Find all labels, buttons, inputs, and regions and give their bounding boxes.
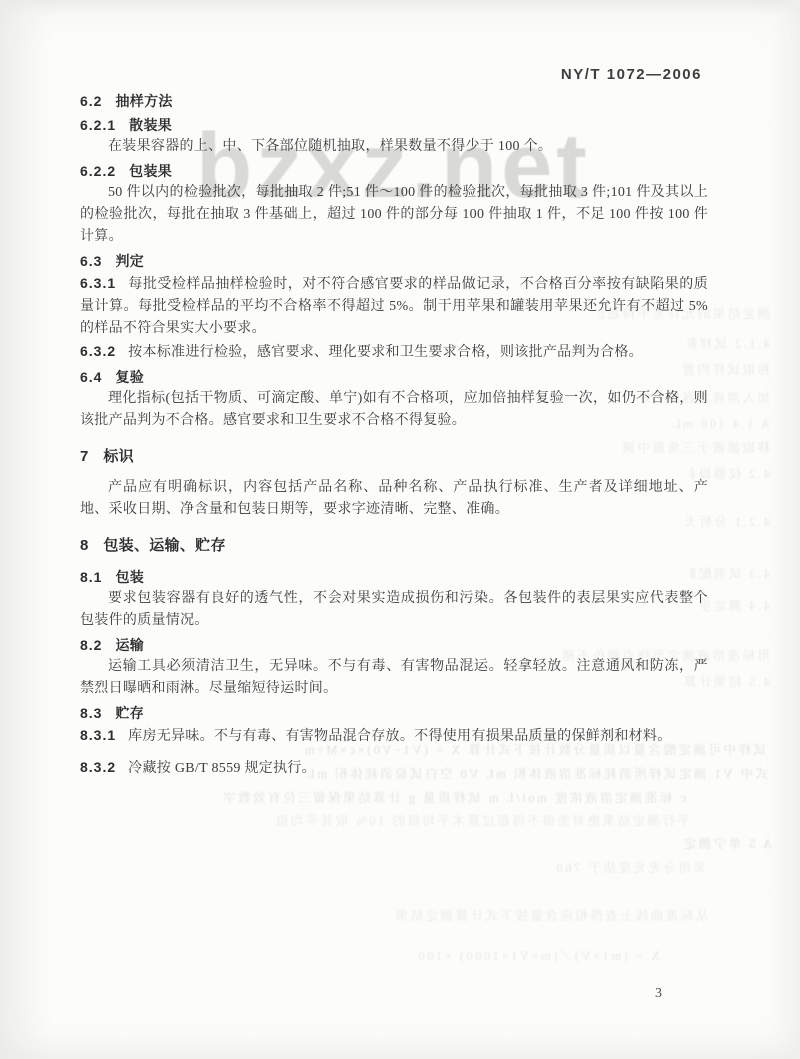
paragraph-text: 冷藏按 GB/T 8559 规定执行。 — [128, 761, 316, 776]
clause-number: 6.2 — [80, 93, 102, 109]
clause-number: 8.2 — [80, 637, 102, 653]
clause-number: 6.2.1 — [80, 117, 116, 133]
clause-heading-8-3: 8.3贮存 — [80, 702, 708, 724]
clause-number: 6.4 — [80, 369, 102, 385]
clause-title: 包装 — [115, 569, 144, 585]
clause-number: 8.3.1 — [80, 727, 116, 743]
clause-title: 复验 — [115, 369, 144, 385]
clause-title: 贮存 — [115, 705, 144, 721]
bleedthrough-text: A 5 单宁测定 — [86, 836, 772, 852]
paragraph: 理化指标(包括干物质、可滴定酸、单宁)如有不合格项，应加倍抽样复验一次，如仍不合… — [80, 388, 708, 432]
numbered-paragraph-6-3-2: 6.3.2按本标准进行检验，感官要求、理化要求和卫生要求合格，则该批产品判为合格… — [80, 340, 708, 364]
chapter-title: 标识 — [103, 448, 134, 465]
paragraph-text: 按本标准进行检验，感官要求、理化要求和卫生要求合格，则该批产品判为合格。 — [128, 345, 643, 360]
clause-heading-6-4: 6.4复验 — [80, 366, 708, 388]
clause-number: 6.3.2 — [80, 343, 116, 359]
standard-number: NY/T 1072—2006 — [561, 66, 702, 83]
chapter-title: 包装、运输、贮存 — [103, 537, 225, 554]
clause-number: 6.3.1 — [80, 275, 116, 291]
clause-title: 抽样方法 — [115, 93, 172, 109]
bleedthrough-text: c 标准滴定溶液浓度 mol/L m 试样质量 g 计算结果保留三位有效数字 — [86, 790, 686, 806]
bleedthrough-text: 4.4 测定步骤 — [698, 598, 770, 614]
paragraph-text: 每批受检样品抽样检验时，对不符合感官要求的样品做记录，不合格百分率按有缺陷果的质… — [80, 277, 708, 336]
clause-number: 6.2.2 — [80, 163, 116, 179]
clause-heading-6-2: 6.2抽样方法 — [80, 90, 708, 112]
paragraph: 要求包装容器有良好的透气性，不会对果实造成损伤和污染。各包装件的表层果实应代表整… — [80, 588, 708, 632]
clause-number: 6.3 — [80, 253, 102, 269]
chapter-heading-8: 8包装、运输、贮存 — [80, 535, 708, 557]
bleedthrough-text: 采用分光光度法于 760 nm 波长处测定其吸光度值 — [556, 860, 706, 876]
bleedthrough-text: X = (m1×V)／(m×V1×1000) ×100 — [200, 948, 660, 964]
clause-title: 运输 — [115, 637, 144, 653]
clause-heading-6-2-2: 6.2.2包装果 — [80, 160, 708, 182]
document-body: 6.2抽样方法 6.2.1散装果 在装果容器的上、中、下各部位随机抽取，样果数量… — [80, 88, 708, 780]
clause-title: 判定 — [115, 253, 144, 269]
numbered-paragraph-6-3-1: 6.3.1每批受检样品抽样检验时，对不符合感官要求的样品做记录，不合格百分率按有… — [80, 272, 708, 340]
bleedthrough-text: 平行测定结果绝对差值不得超过算术平均值的 10% 取其平均值 — [150, 813, 690, 829]
paragraph: 产品应有明确标识，内容包括产品名称、品种名称、产品执行标准、生产者及详细地址、产… — [80, 477, 708, 521]
paragraph: 50 件以内的检验批次，每批抽取 2 件;51 件～100 件的检验批次，每批抽… — [80, 182, 708, 248]
paragraph: 运输工具必须清洁卫生，无异味。不与有毒、有害物品混运。轻拿轻放。注意通风和防冻，… — [80, 656, 708, 700]
clause-title: 包装果 — [129, 163, 172, 179]
paragraph: 在装果容器的上、中、下各部位随机抽取，样果数量不得少于 100 个。 — [80, 136, 708, 158]
clause-number: 8.3.2 — [80, 759, 116, 775]
page-number: 3 — [655, 986, 662, 1002]
clause-heading-8-2: 8.2运输 — [80, 634, 708, 656]
numbered-paragraph-8-3-2: 8.3.2冷藏按 GB/T 8559 规定执行。 — [80, 756, 708, 780]
chapter-heading-7: 7标识 — [80, 446, 708, 468]
scanned-document-page: NY/T 1072—2006 bzxz.net 测定结果的允许差不得超过 4.1… — [0, 0, 800, 1059]
bleedthrough-text: 从标准曲线上查得相应含量按下式计算测定结果 — [72, 908, 708, 924]
clause-heading-6-3: 6.3判定 — [80, 250, 708, 272]
clause-heading-6-2-1: 6.2.1散装果 — [80, 114, 708, 136]
clause-number: 8.1 — [80, 569, 102, 585]
chapter-number: 7 — [80, 448, 89, 465]
numbered-paragraph-8-3-1: 8.3.1库房无异味。不与有毒、有害物品混合存放。不得使用有损果品质量的保鲜剂和… — [80, 724, 708, 748]
clause-heading-8-1: 8.1包装 — [80, 566, 708, 588]
chapter-number: 8 — [80, 537, 89, 554]
paragraph-text: 库房无异味。不与有毒、有害物品混合存放。不得使用有损果品质量的保鲜剂和材料。 — [128, 729, 671, 744]
clause-number: 8.3 — [80, 705, 102, 721]
clause-title: 散装果 — [129, 117, 172, 133]
